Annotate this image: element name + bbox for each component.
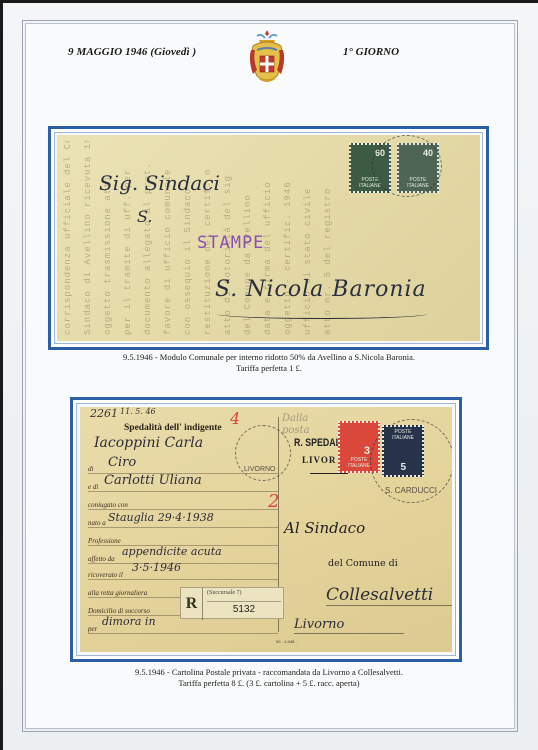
sender-header: R. SPEDALI	[294, 437, 343, 449]
recipient-city: Collesalvetti	[326, 585, 433, 605]
cover-2-cartolina-postale: 2261 11. 5. 46 Spedalità dell' indigente…	[80, 407, 452, 652]
registration-number: 5132	[207, 601, 281, 615]
sender-city: LIVOR	[302, 455, 336, 465]
red-mark-4: 4	[230, 409, 240, 428]
recipient-province: Livorno	[294, 617, 344, 632]
registration-office: (Succursale 7)	[207, 590, 242, 596]
cover-1-mount: corrispondenza ufficiale del Comune Sind…	[48, 126, 489, 350]
initial-handwriting: S.	[137, 207, 152, 226]
postmark-livorno: LIVORNO	[235, 425, 291, 481]
recipient-subtitle: del Comune di	[328, 558, 398, 569]
pencil-note: Dalla posta	[282, 413, 322, 437]
postmark-carducci: S. CARDUCCI	[370, 419, 452, 503]
registration-label: R (Succursale 7) 5132	[180, 587, 284, 619]
postmark-cancel	[372, 135, 442, 197]
stampe-handstamp: STAMPE	[197, 233, 264, 253]
reference-date: 11. 5. 46	[120, 407, 156, 416]
red-mark-2: 2	[268, 491, 279, 512]
destination-handwriting: S. Nicola Baronia	[215, 277, 427, 302]
registration-letter: R	[181, 588, 203, 620]
destination-underline	[217, 309, 427, 319]
recipient-title: Al Sindaco	[284, 519, 365, 537]
reference-number: 2261	[90, 407, 118, 420]
header-day-label: 1° GIORNO	[343, 46, 399, 58]
header-date: 9 MAGGIO 1946 (Giovedì )	[68, 46, 196, 58]
card-title: Spedalità dell' indigente	[124, 423, 222, 433]
cover-2-caption: 9.5.1946 - Cartolina Postale privata - r…	[0, 667, 538, 689]
savoy-coat-of-arms-icon	[247, 28, 287, 88]
cover-1-modulo-comunale: corrispondenza ufficiale del Comune Sind…	[57, 135, 480, 341]
cover-2-mount: 2261 11. 5. 46 Spedalità dell' indigente…	[70, 397, 462, 662]
form-value-name: Iacoppini Carla	[94, 435, 203, 451]
print-imprint: 00 - 1-945 -	[276, 639, 297, 644]
addressee-handwriting: Sig. Sindaci	[99, 171, 220, 195]
cover-1-caption: 9.5.1946 - Modulo Comunale per interno r…	[0, 352, 538, 374]
